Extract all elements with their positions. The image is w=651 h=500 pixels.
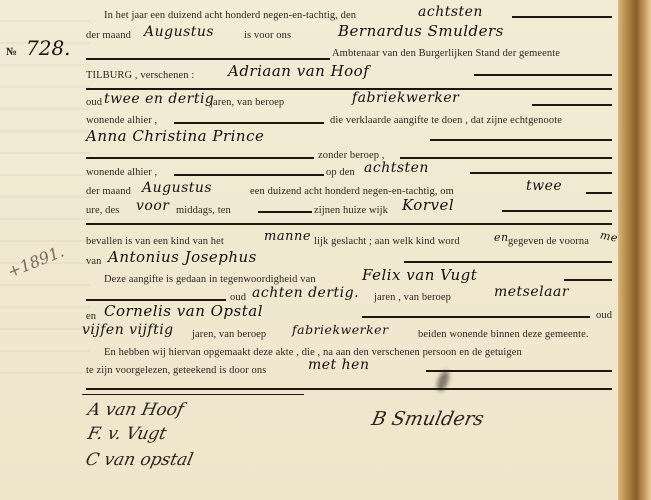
print-text: beiden wonende binnen deze gemeente. <box>418 329 589 340</box>
handwritten-child-name: Antonius Josephus <box>108 248 257 266</box>
handwritten-age: twee en dertig <box>104 91 214 107</box>
fill-line <box>430 139 612 141</box>
fill-line <box>174 174 324 176</box>
handwritten-month: Augustus <box>144 24 214 40</box>
print-text: oud <box>86 97 102 108</box>
fill-line <box>426 370 612 372</box>
handwritten-day: achtsten <box>364 160 429 176</box>
handwritten-declarant-name: Adriaan van Hoof <box>228 62 369 80</box>
print-text: op den <box>326 167 355 178</box>
act-number: 728. <box>26 36 71 60</box>
signature-official: B Smulders <box>370 408 486 430</box>
fill-line <box>532 104 612 106</box>
handwritten-time-of-day: voor <box>136 198 169 214</box>
print-text: TILBURG , verschenen : <box>86 70 194 81</box>
handwritten-occupation: fabriekwerker <box>352 90 459 106</box>
handwritten-witness-2-age: vijfen vijftig <box>82 322 174 338</box>
handwritten-witness-1-occupation: metselaar <box>494 284 569 300</box>
fill-line <box>174 122 324 124</box>
handwritten-insertion: en <box>494 231 509 244</box>
signature-witness-1: F. v. Vugt <box>86 424 168 444</box>
fill-line <box>564 279 612 281</box>
fill-line <box>258 211 312 213</box>
handwritten-witness-1-name: Felix van Vugt <box>362 266 477 284</box>
print-text: der maand <box>86 186 131 197</box>
print-text: jaren, van beroep <box>210 97 284 108</box>
print-text: bevallen is van een kind van het <box>86 236 224 247</box>
signature-witness-2: C van opstal <box>84 450 195 470</box>
register-page: № 728. +1891. In het jaar een duizend ac… <box>0 0 618 500</box>
handwritten-witness-2-occupation: fabriekwerker <box>292 322 389 337</box>
print-text: gegeven de voorna <box>508 236 589 247</box>
print-text: jaren , van beroep <box>374 292 451 303</box>
print-text: te zijn voorgelezen, geteekend is door o… <box>86 365 266 376</box>
fill-line <box>470 172 612 174</box>
fill-line <box>86 88 612 90</box>
signature-declarant: A van Hoof <box>86 400 186 420</box>
act-number-prefix: № <box>6 46 17 58</box>
fill-line <box>86 157 314 159</box>
print-text: ure, des <box>86 205 119 216</box>
signature-rule <box>82 394 304 395</box>
fill-line <box>86 388 612 390</box>
fill-line <box>86 58 330 60</box>
print-text: der maand <box>86 30 131 41</box>
print-text: van <box>86 256 101 267</box>
handwritten-hour: twee <box>526 178 562 194</box>
handwritten-witness-1-age: achten dertig. <box>252 285 359 301</box>
handwritten-witness-2-name: Cornelis van Opstal <box>104 302 263 320</box>
print-text: Ambtenaar van den Burgerlijken Stand der… <box>332 48 560 59</box>
print-text: zijnen huize wijk <box>314 205 388 216</box>
fill-line <box>86 299 226 301</box>
print-text: lijk geslacht ; aan welk kind word <box>314 236 460 247</box>
print-text: die verklaarde aangifte te doen , dat zi… <box>330 115 562 126</box>
print-text: wonende alhier , <box>86 115 157 126</box>
fill-line <box>586 192 612 194</box>
fill-line <box>400 157 612 159</box>
handwritten-signing-with: met hen <box>308 357 369 373</box>
handwritten-sex: manne <box>264 229 311 244</box>
fill-line <box>474 74 612 76</box>
fill-line <box>512 16 612 18</box>
print-text: middags, ten <box>176 205 231 216</box>
fill-line <box>404 261 612 263</box>
handwritten-mother-name: Anna Christina Prince <box>86 127 264 145</box>
print-text: Deze aangifte is gedaan in tegenwoordigh… <box>104 274 316 285</box>
handwritten-month: Augustus <box>142 180 212 196</box>
book-binding-edge <box>618 0 651 500</box>
print-text: jaren, van beroep <box>192 329 266 340</box>
print-text: wonende alhier , <box>86 167 157 178</box>
handwritten-official-name: Bernardus Smulders <box>338 22 504 40</box>
fill-line <box>502 210 612 212</box>
print-text: en <box>86 311 96 322</box>
print-text: oud <box>596 310 612 321</box>
print-text: is voor ons <box>244 30 291 41</box>
fill-line <box>362 316 590 318</box>
handwritten-day: achtsten <box>418 4 483 20</box>
fill-line <box>86 223 612 225</box>
print-text: In het jaar een duizend acht honderd neg… <box>104 10 356 21</box>
handwritten-neighborhood: Korvel <box>402 196 454 214</box>
